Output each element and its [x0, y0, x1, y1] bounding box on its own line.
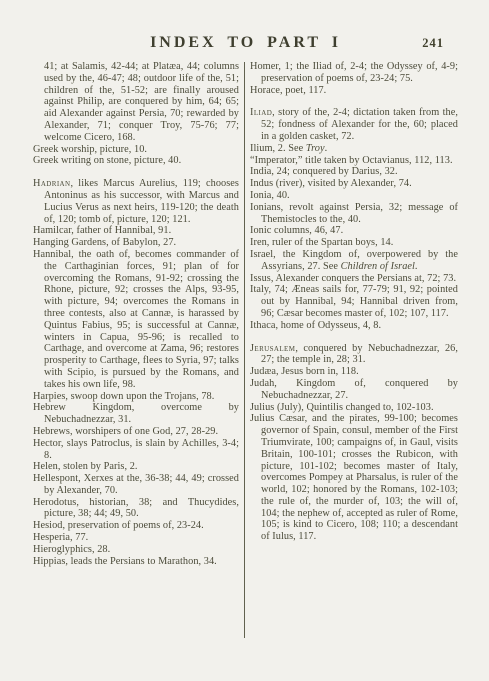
index-entry: Hebrew Kingdom, overcome by Nebuchadnezz… [33, 402, 239, 426]
index-entry: Indus (river), visited by Alexander, 74. [250, 178, 458, 190]
index-columns: 41; at Salamis, 42-44; at Platæa, 44; co… [33, 61, 459, 638]
index-entry: Hamilcar, father of Hannibal, 91. [33, 225, 239, 237]
index-entry: Greek writing on stone, picture, 40. [33, 155, 239, 167]
entry-segment: Children of Israel [341, 261, 415, 272]
entry-segment: Harpies, swoop down upon the Trojans, 78… [33, 391, 214, 402]
index-entry: Italy, 74; Æneas sails for, 77-79; 91, 9… [250, 284, 458, 319]
page-title: INDEX TO PART I [33, 34, 458, 52]
entry-segment: Greek writing on stone, picture, 40. [33, 155, 181, 166]
entry-segment: Horace, poet, 117. [250, 85, 326, 96]
entry-segment: Hanging Gardens, of Babylon, 27. [33, 237, 176, 248]
index-entry: Ionians, revolt against Persia, 32; mess… [250, 202, 458, 226]
column-divider-rule [244, 62, 245, 638]
entry-segment: Hannibal, the oath of, becomes commander… [33, 249, 239, 390]
entry-segment: Hebrews, worshipers of one God, 27, 28-2… [33, 426, 218, 437]
index-entry: Hippias, leads the Persians to Marathon,… [33, 556, 239, 568]
entry-segment: “Imperator,” title taken by Octavianus, … [250, 155, 453, 166]
entry-segment: Iren, ruler of the Spartan boys, 14. [250, 237, 393, 248]
entry-segment: Jerusalem [250, 343, 295, 354]
entry-segment: Greek worship, picture, 10. [33, 144, 147, 155]
index-entry: Ionia, 40. [250, 190, 458, 202]
index-entry: Julius Cæsar, and the pirates, 99-100; b… [250, 413, 458, 543]
entry-segment: , story of the, 2-4; dictation taken fro… [261, 107, 458, 142]
index-entry: Helen, stolen by Paris, 2. [33, 461, 239, 473]
index-entry: Judah, Kingdom of, conquered by Nebuchad… [250, 378, 458, 402]
entry-segment: . [415, 261, 418, 272]
entry-segment: Judæa, Jesus born in, 118. [250, 366, 359, 377]
entry-segment: 41; at Salamis, 42-44; at Platæa, 44; co… [44, 61, 239, 143]
index-entry: Hesiod, preservation of poems of, 23-24. [33, 520, 239, 532]
entry-segment: Hesperia, 77. [33, 532, 88, 543]
entry-segment: Ionia, 40. [250, 190, 290, 201]
index-entry: Homer, 1; the Iliad of, 2-4; the Odyssey… [250, 61, 458, 85]
entry-segment: Herodotus, historian, 38; and Thucydides… [33, 497, 239, 520]
entry-segment: Homer, 1; the Iliad of, 2-4; the Odyssey… [250, 61, 458, 84]
entry-segment: India, 24; conquered by Darius, 32. [250, 166, 398, 177]
index-entry: “Imperator,” title taken by Octavianus, … [250, 155, 458, 167]
index-entry: 41; at Salamis, 42-44; at Platæa, 44; co… [33, 61, 239, 144]
index-entry: Greek worship, picture, 10. [33, 144, 239, 156]
entry-segment: Hellespont, Xerxes at the, 36-38; 44, 49… [33, 473, 239, 496]
index-entry: Ithaca, home of Odysseus, 4, 8. [250, 320, 458, 332]
entry-segment: Hippias, leads the Persians to Marathon,… [33, 556, 217, 567]
index-entry: Harpies, swoop down upon the Trojans, 78… [33, 391, 239, 403]
entry-segment: Hamilcar, father of Hannibal, 91. [33, 225, 171, 236]
entry-segment: Hieroglyphics, 28. [33, 544, 110, 555]
index-entry: Hebrews, worshipers of one God, 27, 28-2… [33, 426, 239, 438]
entry-segment: Julius Cæsar, and the pirates, 99-100; b… [250, 413, 458, 542]
index-entry: Julius (July), Quintilis changed to, 102… [250, 402, 458, 414]
entry-segment: Hebrew Kingdom, overcome by Nebuchadnezz… [33, 402, 239, 425]
book-page: INDEX TO PART I 241 41; at Salamis, 42-4… [0, 0, 489, 681]
index-entry: Herodotus, historian, 38; and Thucydides… [33, 497, 239, 521]
page-header: INDEX TO PART I 241 [33, 34, 458, 56]
entry-segment: Indus (river), visited by Alexander, 74. [250, 178, 412, 189]
index-entry: Hanging Gardens, of Babylon, 27. [33, 237, 239, 249]
entry-segment: Troy [306, 143, 325, 154]
entry-segment: Hesiod, preservation of poems of, 23-24. [33, 520, 204, 531]
entry-segment: Helen, stolen by Paris, 2. [33, 461, 138, 472]
entry-segment: Ionic columns, 46, 47. [250, 225, 343, 236]
entry-segment: Ilium, 2. See [250, 143, 306, 154]
index-entry: Iren, ruler of the Spartan boys, 14. [250, 237, 458, 249]
entry-segment: Judah, Kingdom of, conquered by Nebuchad… [250, 378, 458, 401]
entry-segment: Issus, Alexander conquers the Persians a… [250, 273, 456, 284]
index-entry: Israel, the Kingdom of, overpowered by t… [250, 249, 458, 273]
index-entry: Hellespont, Xerxes at the, 36-38; 44, 49… [33, 473, 239, 497]
index-entry: Hannibal, the oath of, becomes commander… [33, 249, 239, 391]
right-column: Homer, 1; the Iliad of, 2-4; the Odyssey… [250, 61, 458, 543]
page-number: 241 [422, 36, 444, 51]
index-entry: Hieroglyphics, 28. [33, 544, 239, 556]
index-entry: Issus, Alexander conquers the Persians a… [250, 273, 458, 285]
index-entry: Hadrian, likes Marcus Aurelius, 119; cho… [33, 178, 239, 225]
entry-segment: Italy, 74; Æneas sails for, 77-79; 91, 9… [250, 284, 458, 319]
index-entry: Judæa, Jesus born in, 118. [250, 366, 458, 378]
index-entry: Jerusalem, conquered by Nebuchadnezzar, … [250, 343, 458, 367]
left-column: 41; at Salamis, 42-44; at Platæa, 44; co… [33, 61, 239, 567]
entry-segment: Iliad [250, 107, 272, 118]
index-entry: Ilium, 2. See Troy. [250, 143, 458, 155]
index-entry: Hector, slays Patroclus, is slain by Ach… [33, 438, 239, 462]
entry-segment: Hadrian [33, 178, 70, 189]
index-entry: Ionic columns, 46, 47. [250, 225, 458, 237]
entry-segment: Ionians, revolt against Persia, 32; mess… [250, 202, 458, 225]
index-entry: Hesperia, 77. [33, 532, 239, 544]
entry-segment: , likes Marcus Aurelius, 119; chooses An… [44, 178, 239, 224]
entry-segment: Ithaca, home of Odysseus, 4, 8. [250, 320, 381, 331]
entry-segment: Hector, slays Patroclus, is slain by Ach… [33, 438, 239, 461]
index-entry: India, 24; conquered by Darius, 32. [250, 166, 458, 178]
entry-segment: Julius (July), Quintilis changed to, 102… [250, 402, 434, 413]
index-entry: Iliad, story of the, 2-4; dictation take… [250, 107, 458, 142]
index-entry: Horace, poet, 117. [250, 85, 458, 97]
entry-segment: . [325, 143, 328, 154]
